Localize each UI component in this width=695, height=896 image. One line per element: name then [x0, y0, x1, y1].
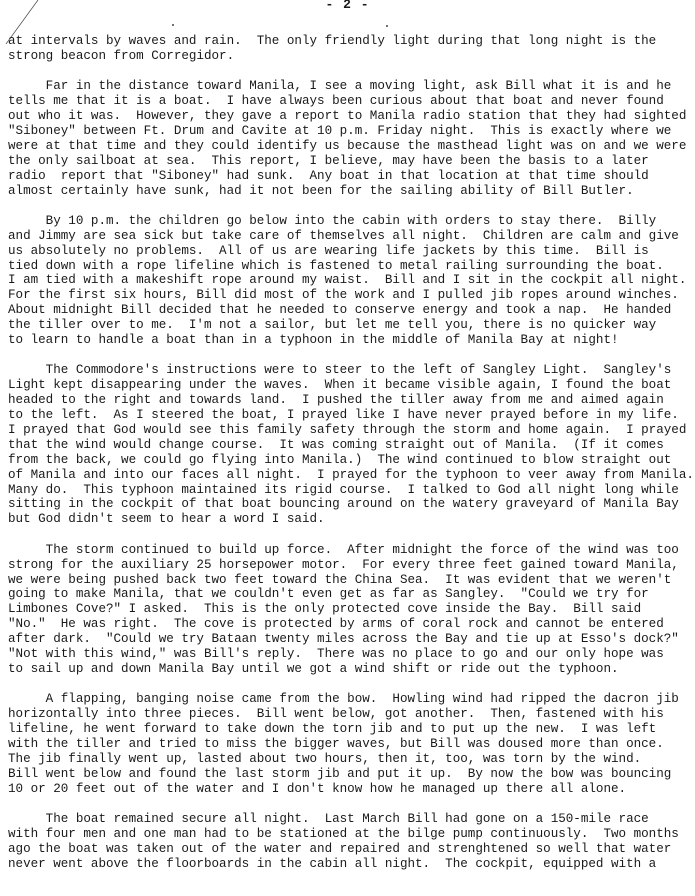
text-line: headed to the right and towards land. I … — [8, 393, 695, 408]
page-number: - 2 - — [0, 0, 695, 12]
text-line: to sail up and down Manila Bay until we … — [8, 662, 695, 677]
text-line: horizontally into three pieces. Bill wen… — [8, 707, 695, 722]
speck-mark — [386, 25, 388, 27]
text-line: sitting in the cockpit of that boat boun… — [8, 497, 695, 512]
text-line: of Manila and into our faces all night. … — [8, 468, 695, 483]
text-line: lifeline, he went forward to take down t… — [8, 722, 695, 737]
text-line: out who it was. However, they gave a rep… — [8, 109, 695, 124]
paragraph: Far in the distance toward Manila, I see… — [8, 79, 695, 198]
paragraph: The storm continued to build up force. A… — [8, 543, 695, 677]
text-line: I prayed that God would see this family … — [8, 423, 695, 438]
text-line: never went above the floorboards in the … — [8, 857, 695, 872]
text-line: radio report that "Siboney" had sunk. An… — [8, 169, 695, 184]
text-line: the tiller over to me. I'm not a sailor,… — [8, 318, 695, 333]
text-line: tied down with a rope lifeline which is … — [8, 259, 695, 274]
text-line: "No." He was right. The cove is protecte… — [8, 617, 695, 632]
text-line: to learn to handle a boat than in a typh… — [8, 333, 695, 348]
paragraph: The boat remained secure all night. Last… — [8, 812, 695, 872]
text-line: almost certainly have sunk, had it not b… — [8, 184, 695, 199]
text-line: I am tied with a makeshift rope around m… — [8, 273, 695, 288]
text-line: ago the boat was taken out of the water … — [8, 842, 695, 857]
text-line: By 10 p.m. the children go below into th… — [8, 214, 695, 229]
paragraph: By 10 p.m. the children go below into th… — [8, 214, 695, 348]
text-line: "Not with this wind," was Bill's reply. … — [8, 647, 695, 662]
text-line: with four men and one man had to be stat… — [8, 827, 695, 842]
text-line: but God didn't seem to hear a word I sai… — [8, 512, 695, 527]
text-line: and Jimmy are sea sick but take care of … — [8, 229, 695, 244]
text-line: Far in the distance toward Manila, I see… — [8, 79, 695, 94]
text-line: The storm continued to build up force. A… — [8, 543, 695, 558]
text-line: The boat remained secure all night. Last… — [8, 812, 695, 827]
text-line: after dark. "Could we try Bataan twenty … — [8, 632, 695, 647]
text-line: Light kept disappearing under the waves.… — [8, 378, 695, 393]
paragraph: at intervals by waves and rain. The only… — [8, 34, 695, 64]
text-line: The Commodore's instructions were to ste… — [8, 363, 695, 378]
paragraph: A flapping, banging noise came from the … — [8, 692, 695, 796]
text-line: with the tiller and tried to miss the bi… — [8, 737, 695, 752]
text-line: strong for the auxiliary 25 horsepower m… — [8, 558, 695, 573]
text-line: that the wind would change course. It wa… — [8, 438, 695, 453]
text-line: going to make Manila, that we couldn't e… — [8, 587, 695, 602]
text-line: Limbones Cove?" I asked. This is the onl… — [8, 602, 695, 617]
text-line: Many do. This typhoon maintained its rig… — [8, 483, 695, 498]
text-line: the only sailboat at sea. This report, I… — [8, 154, 695, 169]
text-line: were at that time and they could identif… — [8, 139, 695, 154]
text-line: 10 or 20 feet out of the water and I don… — [8, 782, 695, 797]
text-line: strong beacon from Corregidor. — [8, 49, 695, 64]
text-line: we were being pushed back two feet towar… — [8, 573, 695, 588]
text-line: to the left. As I steered the boat, I pr… — [8, 408, 695, 423]
text-line: For the first six hours, Bill did most o… — [8, 288, 695, 303]
text-line: tells me that it is a boat. I have alway… — [8, 94, 695, 109]
text-line: from the back, we could go flying into M… — [8, 453, 695, 468]
typewritten-document-body: at intervals by waves and rain. The only… — [8, 34, 695, 887]
text-line: us absolutely no problems. All of us are… — [8, 244, 695, 259]
text-line: "Siboney" between Ft. Drum and Cavite at… — [8, 124, 695, 139]
text-line: A flapping, banging noise came from the … — [8, 692, 695, 707]
speck-mark — [172, 24, 174, 26]
text-line: The jib finally went up, lasted about tw… — [8, 752, 695, 767]
text-line: About midnight Bill decided that he need… — [8, 303, 695, 318]
text-line: at intervals by waves and rain. The only… — [8, 34, 695, 49]
text-line: Bill went below and found the last storm… — [8, 767, 695, 782]
paragraph: The Commodore's instructions were to ste… — [8, 363, 695, 527]
